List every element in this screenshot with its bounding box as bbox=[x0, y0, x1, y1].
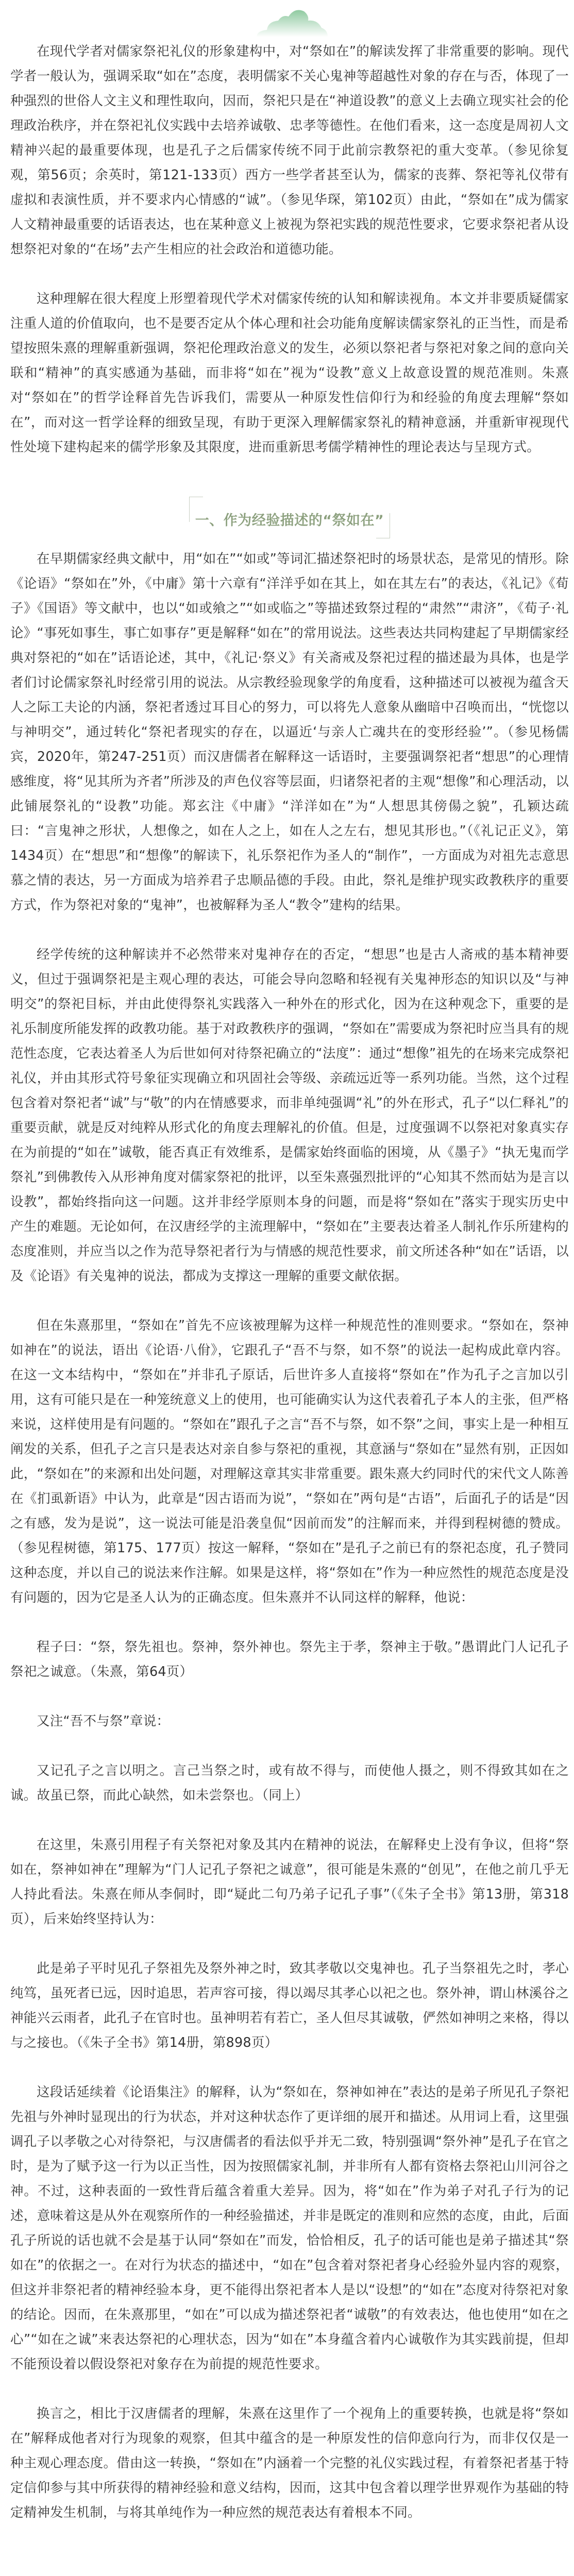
block-quote: 此是弟子平时见孔子祭祖先及祭外神之时，致其孝敬以交鬼神也。孔子当祭祖先之时，孝心… bbox=[10, 1956, 569, 2055]
paragraph: 在这里，朱熹引用程子有关祭祀对象及其内在精神的说法，在解释史上没有争议，但将“祭… bbox=[10, 1833, 569, 1931]
paragraph: 在现代学者对儒家祭祀礼仪的形象建构中，对“祭如在”的解读发挥了非常重要的影响。现… bbox=[10, 39, 569, 262]
paragraph: 又注“吾不与祭”章说： bbox=[10, 1709, 569, 1734]
cloud-icon bbox=[257, 5, 328, 41]
corner-bracket-icon bbox=[189, 497, 203, 522]
paragraph: 在早期儒家经典文献中，用“如在”“如或”等词汇描述祭祀时的场景状态，是常见的情形… bbox=[10, 547, 569, 918]
paragraph: 这段话延续着《论语集注》的解释，认为“祭如在，祭神如神在”表达的是弟子所见孔子祭… bbox=[10, 2080, 569, 2377]
corner-bracket-icon bbox=[376, 513, 390, 538]
paragraph: 换言之，相比于汉唐儒者的理解，朱熹在这里作了一个视角上的重要转换，也就是将“祭如… bbox=[10, 2401, 569, 2525]
paragraph: 经学传统的这种解读并不必然带来对鬼神存在的否定，“想思”也是古人斋戒的基本精神要… bbox=[10, 942, 569, 1289]
block-quote: 程子曰：“祭，祭先祖也。祭神，祭外神也。祭先主于孝，祭神主于敬。”愚谓此门人记孔… bbox=[10, 1635, 569, 1684]
article-body: 在现代学者对儒家祭祀礼仪的形象建构中，对“祭如在”的解读发挥了非常重要的影响。现… bbox=[0, 0, 574, 2525]
header-decoration bbox=[10, 0, 569, 39]
block-quote: 又记孔子之言以明之。言己当祭之时，或有故不得与，而使他人摄之，则不得致其如在之诚… bbox=[10, 1758, 569, 1808]
paragraph: 这种理解在很大程度上形塑着现代学术对儒家传统的认知和解读视角。本文并非要质疑儒家… bbox=[10, 286, 569, 460]
section-heading: 一、作为经验描述的“祭如在” bbox=[189, 497, 390, 538]
section-title: 一、作为经验描述的“祭如在” bbox=[195, 513, 384, 529]
paragraph: 但在朱熹那里，“祭如在”首先不应该被理解为这样一种规范性的准则要求。“祭如在，祭… bbox=[10, 1313, 569, 1610]
